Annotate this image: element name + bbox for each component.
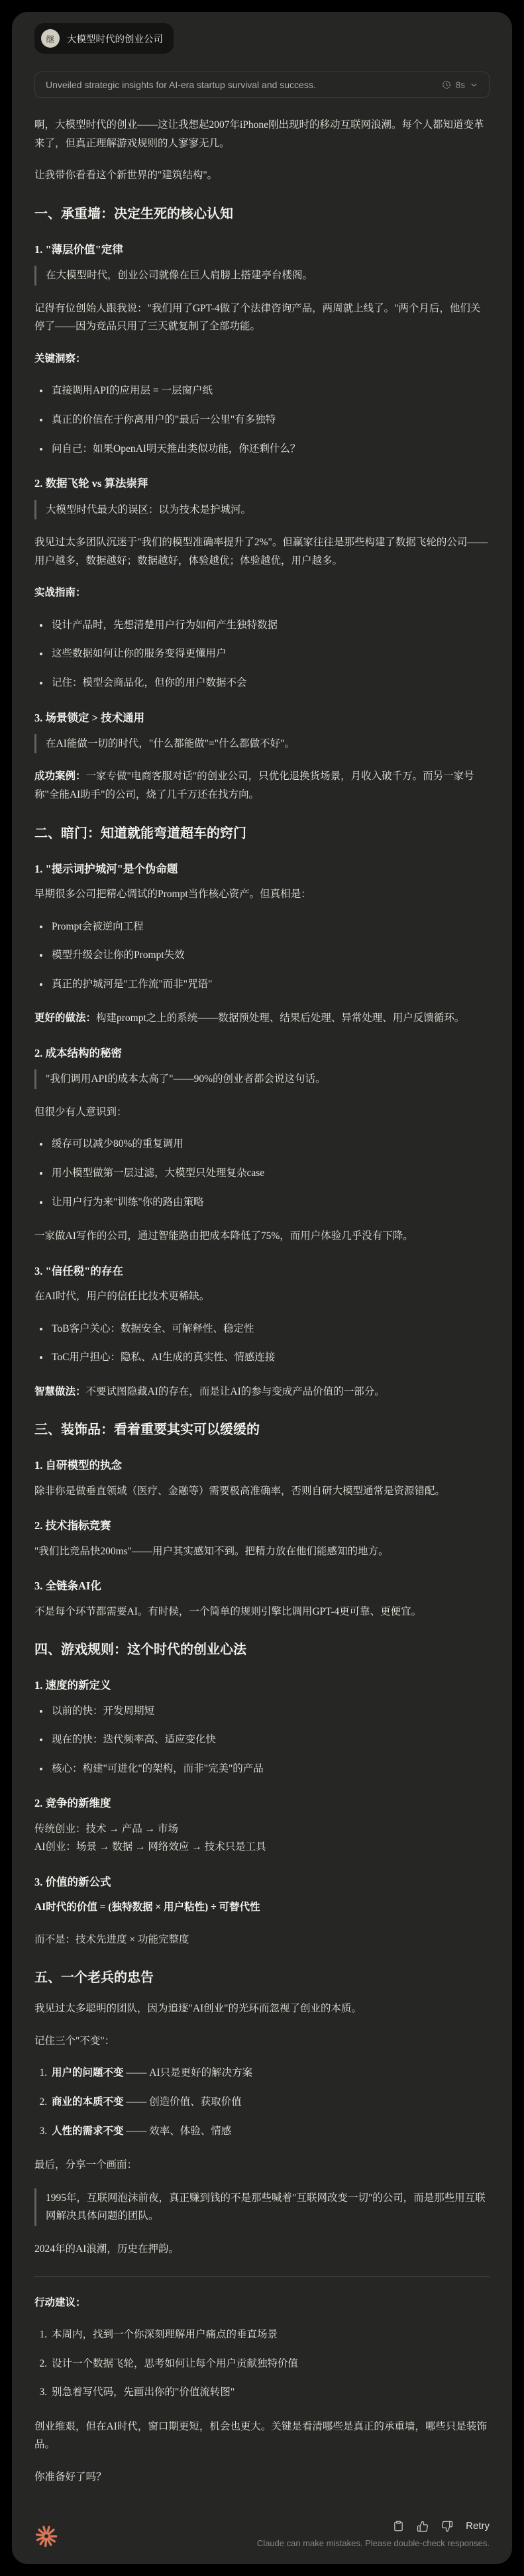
message-actions: Retry	[393, 2520, 490, 2532]
list-item: 设计产品时，先想清楚用户行为如何产生独特数据	[50, 616, 490, 635]
list-item: 以前的快：开发周期短	[50, 1702, 490, 1721]
bullet-list: 缓存可以减少80%的重复调用用小模型做第一层过滤，大模型只处理复杂case让用户…	[34, 1135, 490, 1211]
chat-panel: 继 大模型时代的创业公司 Unveiled strategic insights…	[12, 12, 512, 2564]
bullet-list: 设计产品时，先想清楚用户行为如何产生独特数据这些数据如何让你的服务变得更懂用户记…	[34, 616, 490, 692]
paragraph: 实战指南：	[34, 584, 490, 602]
user-message-row: 继 大模型时代的创业公司	[34, 23, 490, 54]
subsection-heading: 3. 全链条AI化	[34, 1576, 490, 1595]
subsection-heading: 3. 价值的新公式	[34, 1872, 490, 1892]
thinking-summary-bar[interactable]: Unveiled strategic insights for AI-era s…	[34, 72, 490, 98]
paragraph: 我见过太多团队沉迷于"我们的模型准确率提升了2%"。但赢家往往是那些构建了数据飞…	[34, 533, 490, 570]
bold-text: AI时代的价值 = (独特数据 × 用户粘性) ÷ 可替代性	[34, 1902, 260, 1913]
list-item: 真正的护城河是"工作流"而非"咒语"	[50, 975, 490, 994]
section-heading: 一、承重墙：决定生死的核心认知	[34, 205, 490, 224]
subsection-heading: 1. 速度的新定义	[34, 1676, 490, 1695]
paragraph: 成功案例：一家专做"电商客服对话"的创业公司，只优化退换货场景，月收入破千万。而…	[34, 767, 490, 804]
blockquote-text: 大模型时代最大的误区：以为技术是护城河。	[46, 501, 490, 519]
blockquote-text: 在AI能做一切的时代，"什么都能做"="什么都做不好"。	[46, 735, 490, 753]
list-item: 真正的价值在于你离用户的"最后一公里"有多独特	[50, 411, 490, 429]
retry-button[interactable]: Retry	[466, 2520, 490, 2532]
subsection-heading: 2. 竞争的新维度	[34, 1794, 490, 1813]
paragraph: 在AI时代，用户的信任比技术更稀缺。	[34, 1287, 490, 1306]
thumbs-up-icon	[417, 2524, 429, 2534]
list-item: 现在的快：迭代频率高、适应变化快	[50, 1731, 490, 1749]
subsection-heading: 2. 成本结构的秘密	[34, 1044, 490, 1063]
bold-text: 成功案例：	[34, 771, 86, 782]
list-item: 商业的本质不变 —— 创造价值、获取价值	[50, 2093, 490, 2112]
list-item: 人性的需求不变 —— 效率、体验、情感	[50, 2122, 490, 2141]
numbered-list: 本周内，找到一个你深刻理解用户痛点的垂直场景设计一个数据飞轮，思考如何让每个用户…	[34, 2326, 490, 2402]
section-heading: 三、装饰品：看着重要其实可以缓缓的	[34, 1421, 490, 1440]
bold-text: 智慧做法：	[34, 1386, 86, 1397]
paragraph: 关键洞察：	[34, 350, 490, 368]
paragraph: 不是每个环节都需要AI。有时候，一个简单的规则引擎比调用GPT-4更可靠、更便宜…	[34, 1603, 490, 1621]
subsection-heading: 2. 技术指标竞赛	[34, 1516, 490, 1535]
thinking-summary-text: Unveiled strategic insights for AI-era s…	[46, 80, 316, 90]
blockquote: 在AI能做一切的时代，"什么都能做"="什么都做不好"。	[34, 734, 490, 754]
blockquote: "我们调用API的成本太高了"——90%的创业者都会说这句话。	[34, 1069, 490, 1089]
divider	[34, 2277, 490, 2277]
paragraph: 记得有位创始人跟我说："我们用了GPT-4做了个法律咨询产品，两周就上线了。"两…	[34, 299, 490, 336]
list-item: Prompt会被逆向工程	[50, 918, 490, 936]
subsection-heading: 1. 自研模型的执念	[34, 1456, 490, 1475]
list-item: 别急着写代码，先画出你的"价值流转图"	[50, 2383, 490, 2402]
chevron-down-icon	[470, 81, 478, 89]
list-item: 这些数据如何让你的服务变得更懂用户	[50, 645, 490, 663]
subsection-heading: 2. 数据飞轮 vs 算法崇拜	[34, 474, 490, 493]
bullet-list: 以前的快：开发周期短现在的快：迭代频率高、适应变化快核心：构建"可进化"的架构，…	[34, 1702, 490, 1778]
blockquote-text: 在大模型时代，创业公司就像在巨人肩膀上搭建亭台楼阁。	[46, 266, 490, 285]
copy-button[interactable]	[393, 2520, 404, 2532]
list-item: 核心：构建"可进化"的架构，而非"完美"的产品	[50, 1760, 490, 1778]
paragraph: 2024年的AI浪潮，历史在押韵。	[34, 2240, 490, 2259]
blockquote: 大模型时代最大的误区：以为技术是护城河。	[34, 500, 490, 520]
paragraph: AI时代的价值 = (独特数据 × 用户粘性) ÷ 可替代性	[34, 1898, 490, 1917]
list-item: 缓存可以减少80%的重复调用	[50, 1135, 490, 1154]
paragraph: 我见过太多聪明的团队，因为追逐"AI创业"的光环而忽视了创业的本质。	[34, 2000, 490, 2018]
thumbs-down-button[interactable]	[441, 2520, 453, 2532]
clipboard-icon	[393, 2524, 404, 2534]
bullet-list: Prompt会被逆向工程模型升级会让你的Prompt失效真正的护城河是"工作流"…	[34, 918, 490, 994]
thumbs-up-button[interactable]	[417, 2520, 429, 2532]
bold-text: 更好的做法：	[34, 1012, 96, 1024]
bold-text: 用户的问题不变	[52, 2067, 124, 2078]
numbered-list: 用户的问题不变 —— AI只是更好的解决方案商业的本质不变 —— 创造价值、获取…	[34, 2064, 490, 2140]
section-heading: 四、游戏规则：这个时代的创业心法	[34, 1640, 490, 1660]
section-heading: 二、暗门：知道就能弯道超车的窍门	[34, 824, 490, 843]
user-message: 继 大模型时代的创业公司	[34, 23, 174, 54]
thumbs-down-icon	[441, 2524, 453, 2534]
list-item: 模型升级会让你的Prompt失效	[50, 946, 490, 965]
list-item: 问自己：如果OpenAI明天推出类似功能，你还剩什么？	[50, 440, 490, 458]
subsection-heading: 1. "提示词护城河"是个伪命题	[34, 859, 490, 879]
list-item: 本周内，找到一个你深刻理解用户痛点的垂直场景	[50, 2326, 490, 2344]
message-footer: Retry Claude can make mistakes. Please d…	[34, 2500, 490, 2548]
paragraph: 啊，大模型时代的创业——这让我想起2007年iPhone刚出现时的移动互联网浪潮…	[34, 116, 490, 152]
bold-text: 人性的需求不变	[52, 2125, 124, 2137]
paragraph: 除非你是做垂直领域（医疗、金融等）需要极高准确率，否则自研大模型通常是资源错配。	[34, 1482, 490, 1501]
disclaimer: Claude can make mistakes. Please double-…	[257, 2538, 490, 2548]
paragraph: 行动建议：	[34, 2294, 490, 2312]
blockquote-text: 1995年，互联网泡沫前夜，真正赚到钱的不是那些喊着"互联网改变一切"的公司，而…	[46, 2189, 490, 2226]
paragraph: "我们比竞品快200ms"——用户其实感知不到。把精力放在他们能感知的地方。	[34, 1542, 490, 1561]
blockquote-text: "我们调用API的成本太高了"——90%的创业者都会说这句话。	[46, 1070, 490, 1089]
bullet-list: ToB客户关心：数据安全、可解释性、稳定性ToC用户担心：隐私、AI生成的真实性…	[34, 1320, 490, 1367]
bold-text: 关键洞察：	[34, 353, 86, 364]
footer-right: Retry Claude can make mistakes. Please d…	[257, 2520, 490, 2548]
paragraph: 记住三个"不变"：	[34, 2032, 490, 2051]
blockquote: 在大模型时代，创业公司就像在巨人肩膀上搭建亭台楼阁。	[34, 266, 490, 286]
subsection-heading: 3. 场景锁定 > 技术通用	[34, 708, 490, 727]
paragraph: 而不是：技术先进度 × 功能完整度	[34, 1931, 490, 1949]
list-item: ToB客户关心：数据安全、可解释性、稳定性	[50, 1320, 490, 1338]
paragraph: 更好的做法：构建prompt之上的系统——数据预处理、结果后处理、异常处理、用户…	[34, 1009, 490, 1028]
claude-starburst-logo	[34, 2524, 58, 2548]
thinking-duration: 8s	[456, 80, 465, 90]
list-item: 用户的问题不变 —— AI只是更好的解决方案	[50, 2064, 490, 2082]
bold-text: 实战指南：	[34, 587, 86, 598]
list-item: 记住：模型会商品化，但你的用户数据不会	[50, 674, 490, 692]
paragraph: 最后，分享一个画面：	[34, 2156, 490, 2174]
subsection-heading: 3. "信任税"的存在	[34, 1261, 490, 1281]
list-item: 让用户行为来"训练"你的路由策略	[50, 1193, 490, 1212]
user-message-text: 大模型时代的创业公司	[67, 32, 163, 46]
list-item: 用小模型做第一层过滤，大模型只处理复杂case	[50, 1164, 490, 1183]
section-heading: 五、一个老兵的忠告	[34, 1968, 490, 1988]
bold-text: 商业的本质不变	[52, 2096, 124, 2108]
subsection-heading: 1. "薄层价值"定律	[34, 240, 490, 259]
list-item: 设计一个数据飞轮，思考如何让每个用户贡献独特价值	[50, 2355, 490, 2373]
paragraph: 创业维艰，但在AI时代，窗口期更短，机会也更大。关键是看清哪些是真正的承重墙，哪…	[34, 2418, 490, 2454]
paragraph: 智慧做法：不要试图隐藏AI的存在，而是让AI的参与变成产品价值的一部分。	[34, 1383, 490, 1401]
paragraph: 早期很多公司把精心调试的Prompt当作核心资产。但真相是：	[34, 885, 490, 904]
response-body: 啊，大模型时代的创业——这让我想起2007年iPhone刚出现时的移动互联网浪潮…	[34, 116, 490, 2500]
list-item: 直接调用API的应用层 = 一层窗户纸	[50, 382, 490, 400]
paragraph: 传统创业：技术 → 产品 → 市场AI创业：场景 → 数据 → 网络效应 → 技…	[34, 1820, 490, 1856]
thinking-meta: 8s	[442, 80, 478, 90]
paragraph: 一家做AI写作的公司，通过智能路由把成本降低了75%，而用户体验几乎没有下降。	[34, 1227, 490, 1246]
user-avatar: 继	[41, 29, 60, 48]
paragraph: 你准备好了吗？	[34, 2468, 490, 2487]
list-item: ToC用户担心：隐私、AI生成的真实性、情感连接	[50, 1348, 490, 1367]
bullet-list: 直接调用API的应用层 = 一层窗户纸真正的价值在于你离用户的"最后一公里"有多…	[34, 382, 490, 458]
paragraph: 让我带你看看这个新世界的"建筑结构"。	[34, 166, 490, 185]
clock-icon	[442, 80, 451, 89]
blockquote: 1995年，互联网泡沫前夜，真正赚到钱的不是那些喊着"互联网改变一切"的公司，而…	[34, 2188, 490, 2226]
bold-text: 行动建议：	[34, 2297, 86, 2308]
paragraph: 但很少有人意识到：	[34, 1103, 490, 1122]
